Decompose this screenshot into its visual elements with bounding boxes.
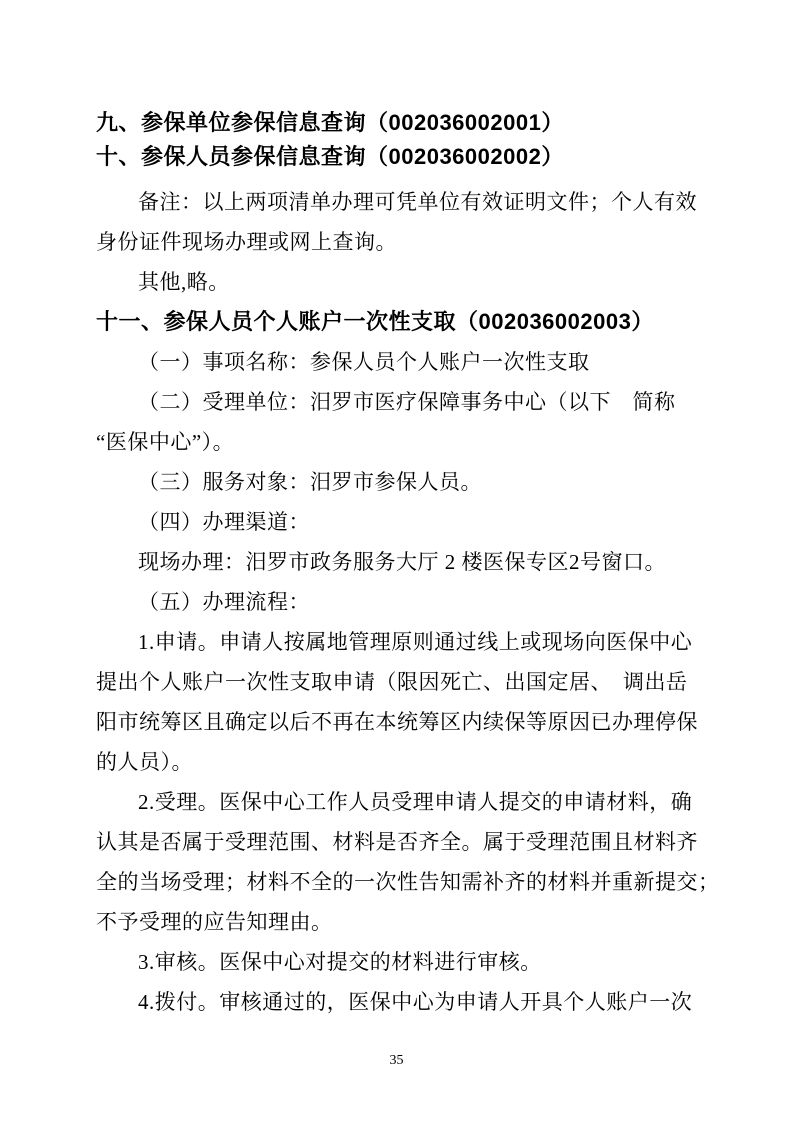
section-heading-eleven: 十一、参保人员个人账户一次性支取（002036002003） (96, 302, 700, 342)
page-number: 35 (0, 1053, 793, 1069)
step1-line-4: 的人员）。 (96, 742, 700, 782)
document-content: 九、参保单位参保信息查询（002036002001） 十、参保人员参保信息查询（… (96, 106, 700, 1022)
step3-line: 3.审核。医保中心对提交的材料进行审核。 (96, 942, 700, 982)
remark-line-1: 备注：以上两项清单办理可凭单位有效证明文件；个人有效 (96, 182, 700, 222)
other-note-line: 其他,略。 (96, 262, 700, 302)
section-heading-nine: 九、参保单位参保信息查询（002036002001） (96, 106, 700, 140)
channel-heading-line: （四）办理渠道： (96, 502, 700, 542)
service-target-line: （三）服务对象：汨罗市参保人员。 (96, 462, 700, 502)
step2-line-3: 全的当场受理；材料不全的一次性告知需补齐的材料并重新提交； (96, 862, 700, 902)
remark-line-2: 身份证件现场办理或网上查询。 (96, 222, 700, 262)
step1-line-3: 阳市统筹区且确定以后不再在本统筹区内续保等原因已办理停保 (96, 702, 700, 742)
document-page: 九、参保单位参保信息查询（002036002001） 十、参保人员参保信息查询（… (0, 0, 793, 1122)
accepting-unit-line-1: （二）受理单位：汨罗市医疗保障事务中心（以下 简称 (96, 382, 700, 422)
process-heading-line: （五）办理流程： (96, 582, 700, 622)
section-heading-ten: 十、参保人员参保信息查询（002036002002） (96, 140, 700, 174)
accepting-unit-line-2: “医保中心”）。 (96, 422, 700, 462)
onsite-channel-line: 现场办理：汨罗市政务服务大厅 2 楼医保专区2号窗口。 (96, 542, 700, 582)
step2-line-4: 不予受理的应告知理由。 (96, 902, 700, 942)
item-name-line: （一）事项名称：参保人员个人账户一次性支取 (96, 342, 700, 382)
step1-line-1: 1.申请。申请人按属地管理原则通过线上或现场向医保中心 (96, 622, 700, 662)
step2-line-1: 2.受理。医保中心工作人员受理申请人提交的申请材料，确 (96, 782, 700, 822)
step4-line: 4.拨付。审核通过的，医保中心为申请人开具个人账户一次 (96, 982, 700, 1022)
step1-line-2: 提出个人账户一次性支取申请（限因死亡、出国定居、 调出岳 (96, 662, 700, 702)
step2-line-2: 认其是否属于受理范围、材料是否齐全。属于受理范围且材料齐 (96, 822, 700, 862)
